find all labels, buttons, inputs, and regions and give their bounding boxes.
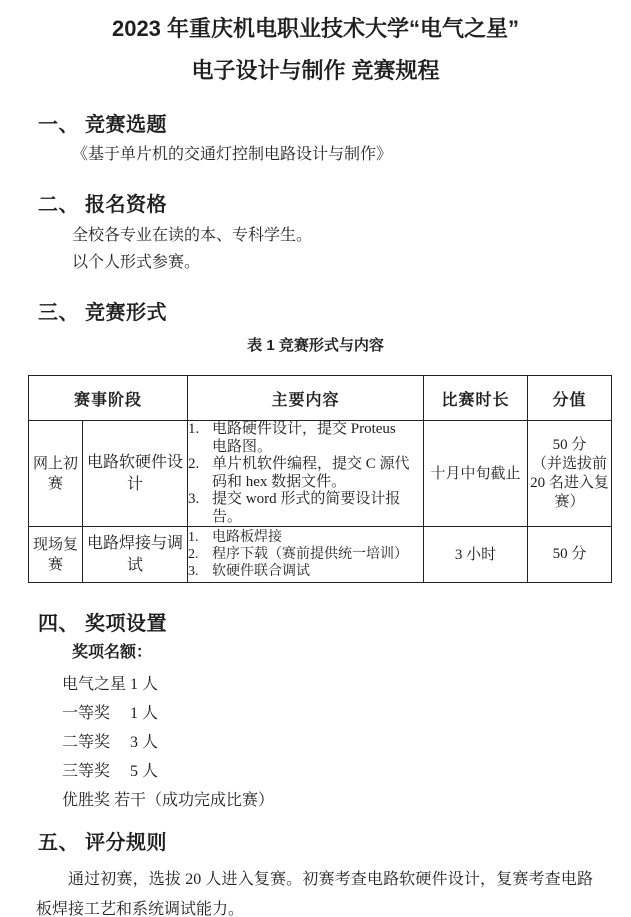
task-cell: 电路软硬件设计 — [83, 421, 188, 527]
award-item: 电气之星 1 人 — [62, 670, 631, 699]
list-item-text: 软硬件联合调试 — [212, 563, 410, 580]
score-value: 50 分 — [528, 545, 611, 564]
section-1-body: 《基于单片机的交通灯控制电路设计与制作》 — [72, 143, 631, 167]
list-item: 1. 电路硬件设计，提交 Proteus 电路图。 — [188, 421, 423, 456]
phase-cell: 网上初赛 — [29, 421, 83, 527]
doc-title-line2: 电子设计与制作 竞赛规程 — [0, 54, 631, 88]
list-marker: 3. — [188, 563, 212, 580]
phase-cell: 现场复赛 — [29, 527, 83, 583]
list-item-text: 程序下载（赛前提供统一培训） — [212, 546, 410, 563]
score-value: 50 分 — [528, 436, 611, 455]
list-marker: 1. — [188, 421, 212, 439]
table-row: 网上初赛 电路软硬件设计 1. 电路硬件设计，提交 Proteus 电路图。 2… — [29, 421, 612, 527]
content-cell: 1. 电路板焊接 2. 程序下载（赛前提供统一培训） 3. 软硬件联合调试 — [188, 527, 424, 583]
list-marker: 2. — [188, 546, 212, 563]
award-item: 三等奖 5 人 — [62, 757, 631, 786]
table-header-row: 赛事阶段 主要内容 比赛时长 分值 — [29, 376, 612, 421]
score-note: （并选拔前 20 名进入复赛） — [528, 455, 611, 512]
document-page: 2023 年重庆机电职业技术大学“电气之星” 电子设计与制作 竞赛规程 一、 竞… — [0, 0, 631, 917]
section-2-body: 全校各专业在读的本、专科学生。 以个人形式参赛。 — [0, 222, 631, 276]
header-score: 分值 — [528, 376, 612, 421]
task-cell: 电路焊接与调试 — [83, 527, 188, 583]
section-5-heading: 五、 评分规则 — [38, 830, 631, 856]
list-item-text: 单片机软件编程，提交 C 源代码和 hex 数据文件。 — [212, 456, 410, 491]
section-2-heading: 二、 报名资格 — [38, 192, 631, 218]
competition-format-table: 赛事阶段 主要内容 比赛时长 分值 网上初赛 电路软硬件设计 1. 电路硬件设计… — [28, 375, 612, 583]
section-4-heading: 四、 奖项设置 — [38, 611, 631, 637]
list-marker: 1. — [188, 529, 212, 546]
award-item: 优胜奖 若干（成功完成比赛） — [62, 786, 631, 815]
list-marker: 2. — [188, 456, 212, 474]
header-duration: 比赛时长 — [424, 376, 528, 421]
award-item: 一等奖 1 人 — [62, 699, 631, 728]
awards-list: 电气之星 1 人 一等奖 1 人 二等奖 3 人 三等奖 5 人 优胜奖 若干（… — [0, 670, 631, 815]
eligibility-line: 全校各专业在读的本、专科学生。 — [72, 222, 631, 249]
duration-cell: 3 小时 — [424, 527, 528, 583]
table-caption: 表 1 竞赛形式与内容 — [0, 335, 631, 357]
header-content: 主要内容 — [188, 376, 424, 421]
award-item: 二等奖 3 人 — [62, 728, 631, 757]
section-3-heading: 三、 竞赛形式 — [38, 300, 631, 326]
list-marker: 3. — [188, 491, 212, 509]
awards-label: 奖项名额： — [72, 642, 631, 664]
score-cell: 50 分 （并选拔前 20 名进入复赛） — [528, 421, 612, 527]
duration-cell: 十月中旬截止 — [424, 421, 528, 527]
list-item: 2. 单片机软件编程，提交 C 源代码和 hex 数据文件。 — [188, 456, 423, 491]
list-item: 1. 电路板焊接 — [188, 529, 423, 546]
content-cell: 1. 电路硬件设计，提交 Proteus 电路图。 2. 单片机软件编程，提交 … — [188, 421, 424, 527]
eligibility-line: 以个人形式参赛。 — [72, 249, 631, 276]
list-item-text: 提交 word 形式的简要设计报告。 — [212, 491, 410, 526]
list-item: 3. 软硬件联合调试 — [188, 563, 423, 580]
doc-title-line1: 2023 年重庆机电职业技术大学“电气之星” — [0, 0, 631, 46]
list-item-text: 电路硬件设计，提交 Proteus 电路图。 — [212, 421, 410, 456]
table-row: 现场复赛 电路焊接与调试 1. 电路板焊接 2. 程序下载（赛前提供统一培训） … — [29, 527, 612, 583]
list-item: 2. 程序下载（赛前提供统一培训） — [188, 546, 423, 563]
header-stage: 赛事阶段 — [29, 376, 188, 421]
scoring-rules-paragraph: 通过初赛，选拔 20 人进入复赛。初赛考查电路软硬件设计，复赛考查电路板焊接工艺… — [36, 865, 593, 917]
list-item-text: 电路板焊接 — [212, 529, 410, 546]
score-cell: 50 分 — [528, 527, 612, 583]
section-1-heading: 一、 竞赛选题 — [38, 112, 631, 138]
list-item: 3. 提交 word 形式的简要设计报告。 — [188, 491, 423, 526]
